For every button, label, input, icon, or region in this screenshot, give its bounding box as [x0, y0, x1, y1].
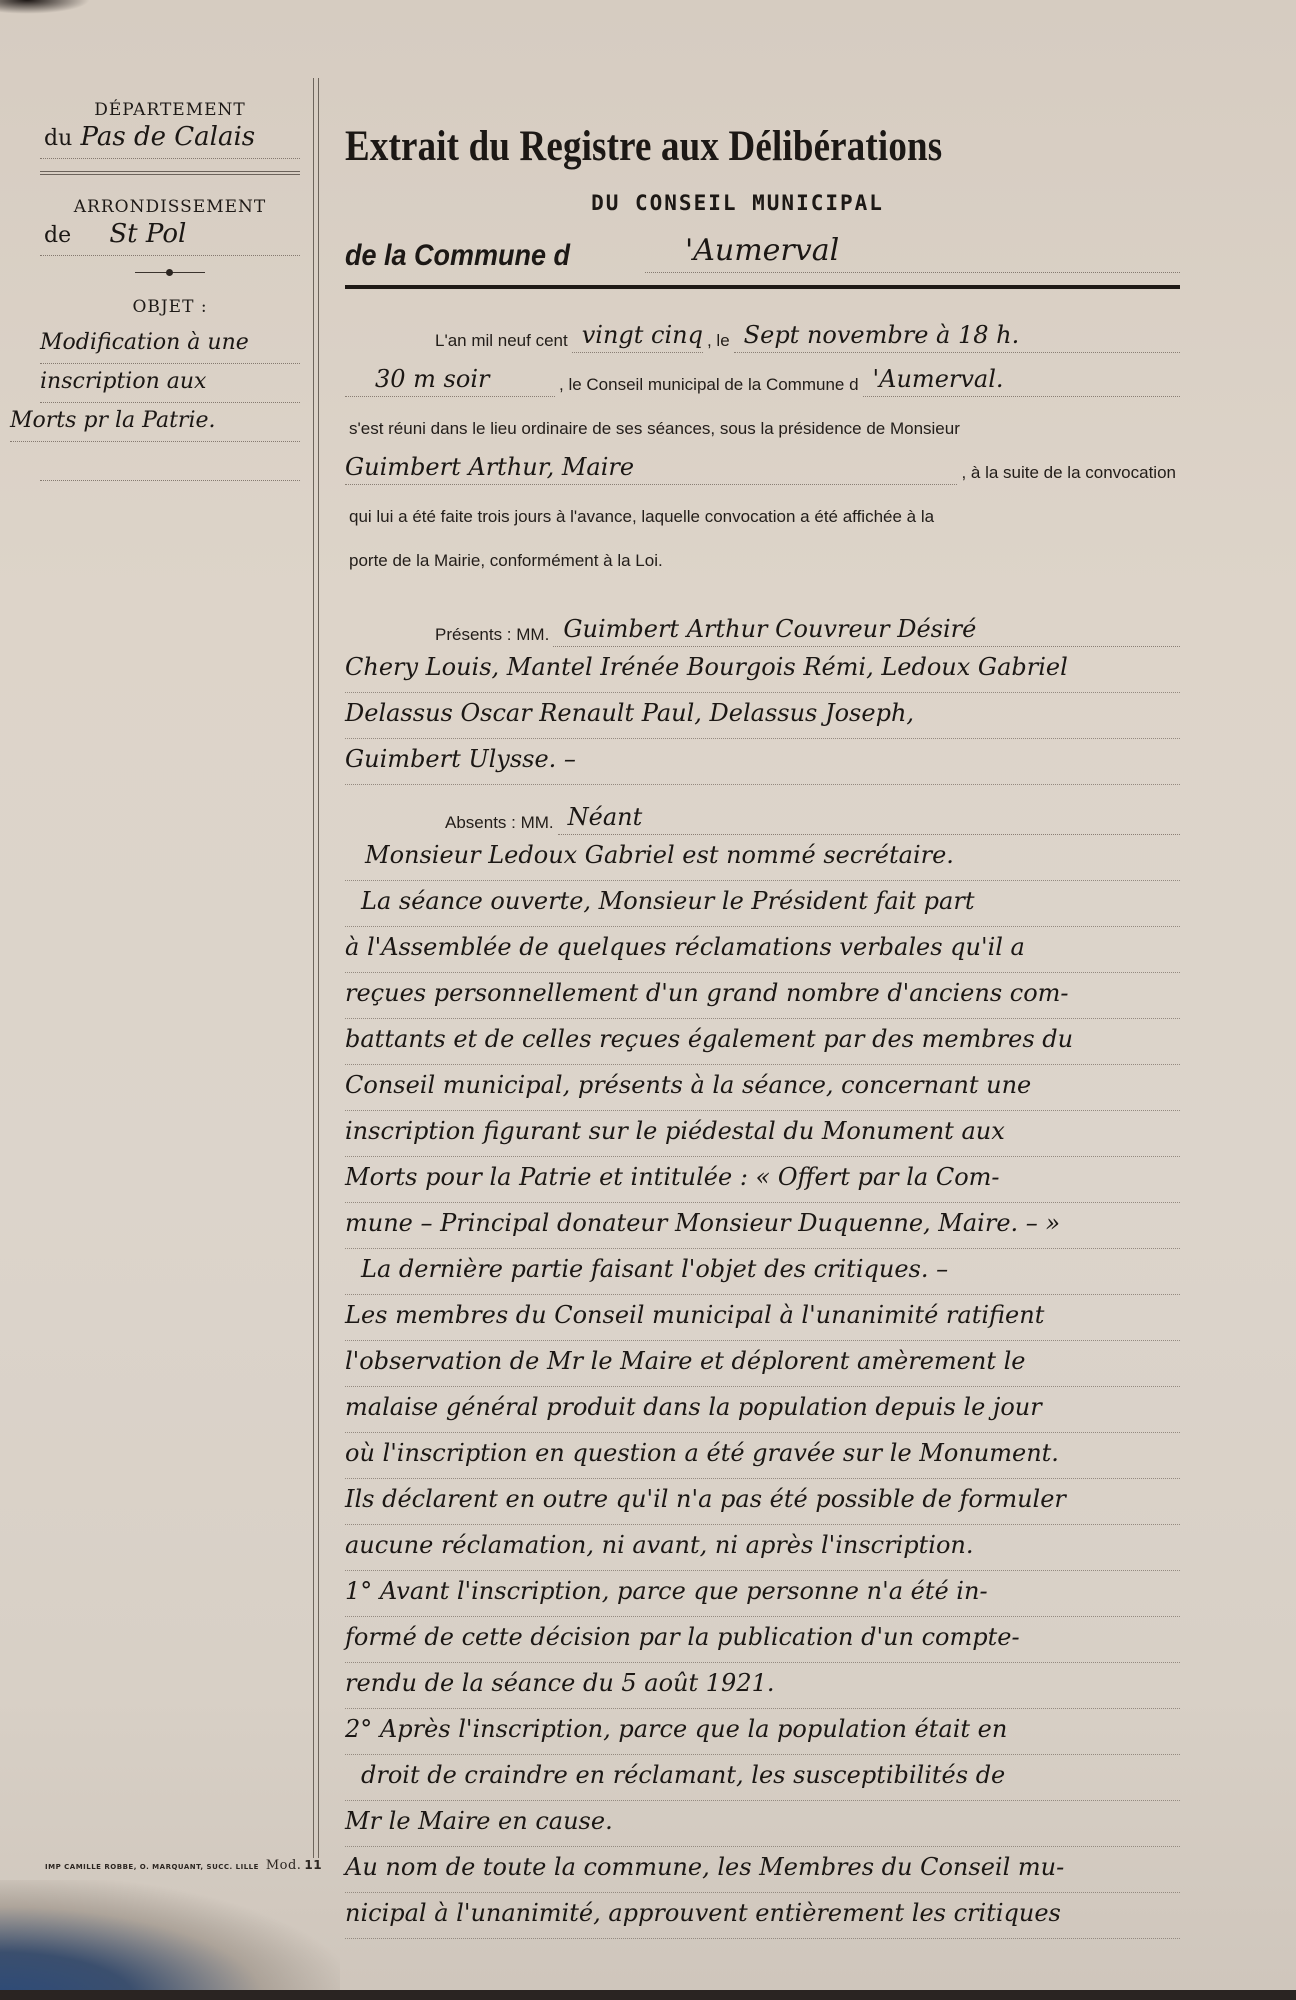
body-line: inscription figurant sur le piédestal du…	[345, 1111, 1180, 1157]
preamble-text: porte de la Mairie, conformément à la Lo…	[345, 551, 667, 573]
preamble-line-4: Guimbert Arthur, Maire , à la suite de l…	[345, 441, 1180, 485]
body-line: Les membres du Conseil municipal à l'una…	[345, 1295, 1180, 1341]
departement-field: du Pas de Calais	[40, 120, 300, 159]
document-subtitle: DU CONSEIL MUNICIPAL	[345, 191, 1180, 215]
year-prefix: L'an mil neuf cent	[345, 331, 572, 353]
preamble-text: qui lui a été faite trois jours à l'avan…	[345, 507, 938, 529]
margin-rule	[318, 78, 319, 1858]
body-line: rendu de la séance du 5 août 1921.	[345, 1663, 1180, 1709]
date-prefix: , le	[703, 331, 734, 353]
departement-label: DÉPARTEMENT	[40, 100, 300, 120]
preamble-commune-value: 'Aumerval.	[863, 366, 1180, 397]
body-line: Mr le Maire en cause.	[345, 1801, 1180, 1847]
arrondissement-value: St Pol	[109, 219, 186, 249]
objet-line: Morts pr la Patrie.	[10, 403, 300, 442]
body-line: Conseil municipal, présents à la séance,…	[345, 1065, 1180, 1111]
body-line: La dernière partie faisant l'objet des c…	[345, 1249, 1180, 1295]
arrondissement-label: ARRONDISSEMENT	[40, 197, 300, 217]
model-number: 11	[304, 1858, 322, 1872]
preamble-line-3: s'est réuni dans le lieu ordinaire de se…	[345, 397, 1180, 441]
document-title: Extrait du Registre aux Délibérations	[345, 122, 1063, 171]
body-line: Ils déclarent en outre qu'il n'a pas été…	[345, 1479, 1180, 1525]
body-line: 1° Avant l'inscription, parce que person…	[345, 1571, 1180, 1617]
deliberation-body: Monsieur Ledoux Gabriel est nommé secrét…	[345, 835, 1180, 1939]
year-value: vingt cinq	[572, 322, 703, 353]
preamble-line-6: porte de la Mairie, conformément à la Lo…	[345, 529, 1180, 573]
objet-label: OBJET :	[40, 297, 300, 317]
departement-prefix: du	[44, 126, 72, 151]
preamble-text: s'est réuni dans le lieu ordinaire de se…	[345, 419, 964, 441]
imprint-text: IMP CAMILLE ROBBE, O. MARQUANT, SUCC. LI…	[45, 1863, 259, 1871]
body-line: à l'Assemblée de quelques réclamations v…	[345, 927, 1180, 973]
preamble: L'an mil neuf cent vingt cinq , le Sept …	[345, 309, 1180, 573]
arrondissement-field: de St Pol	[40, 217, 300, 256]
date-value: Sept novembre à 18 h.	[734, 322, 1180, 353]
printer-imprint: IMP CAMILLE ROBBE, O. MARQUANT, SUCC. LI…	[45, 1858, 322, 1873]
document-sheet: DÉPARTEMENT du Pas de Calais ARRONDISSEM…	[0, 0, 1296, 1990]
body-line: Monsieur Ledoux Gabriel est nommé secrét…	[345, 835, 1180, 881]
commune-label: de la Commune d	[345, 239, 615, 273]
margin-rule	[313, 78, 314, 1858]
presents-row: Présents : MM. Guimbert Arthur Couvreur …	[345, 603, 1180, 647]
body-line: mune – Principal donateur Monsieur Duque…	[345, 1203, 1180, 1249]
commune-value: 'Aumerval	[645, 234, 1180, 273]
body-line: droit de craindre en réclamant, les susc…	[345, 1755, 1180, 1801]
body-line: malaise général produit dans la populati…	[345, 1387, 1180, 1433]
body-line: l'observation de Mr le Maire et déploren…	[345, 1341, 1180, 1387]
body-line: Au nom de toute la commune, les Membres …	[345, 1847, 1180, 1893]
departement-value: Pas de Calais	[81, 122, 256, 152]
president-value: Guimbert Arthur, Maire	[345, 454, 957, 485]
objet-field: Modification à une inscription aux Morts…	[40, 325, 300, 481]
main-content: Extrait du Registre aux Délibérations DU…	[345, 110, 1180, 1939]
body-line: battants et de celles reçues également p…	[345, 1019, 1180, 1065]
ornament-divider	[135, 272, 205, 273]
objet-line: inscription aux	[40, 364, 300, 403]
objet-line-empty	[40, 442, 300, 481]
body-line: Morts pour la Patrie et intitulée : « Of…	[345, 1157, 1180, 1203]
margin-column: DÉPARTEMENT du Pas de Calais ARRONDISSEM…	[40, 100, 300, 481]
body-line: nicipal à l'unanimité, approuvent entièr…	[345, 1893, 1180, 1939]
arrondissement-prefix: de	[44, 223, 71, 248]
absents-row: Absents : MM. Néant	[345, 791, 1180, 835]
corner-shadow	[0, 0, 90, 14]
president-suffix: , à la suite de la convocation	[957, 463, 1180, 485]
presents-value: Guimbert Arthur Couvreur Désiré	[553, 616, 1180, 647]
objet-line: Modification à une	[40, 325, 300, 364]
presents-line: Delassus Oscar Renault Paul, Delassus Jo…	[345, 693, 1180, 739]
absents-label: Absents : MM.	[345, 813, 558, 835]
council-text: , le Conseil municipal de la Commune d	[555, 375, 863, 397]
time-value: 30 m soir	[345, 366, 555, 397]
model-label: Mod.	[266, 1858, 302, 1873]
preamble-line-5: qui lui a été faite trois jours à l'avan…	[345, 485, 1180, 529]
body-line: 2° Après l'inscription, parce que la pop…	[345, 1709, 1180, 1755]
presents-line: Guimbert Ulysse. –	[345, 739, 1180, 785]
header-rule	[345, 285, 1180, 289]
body-line: La séance ouverte, Monsieur le Président…	[345, 881, 1180, 927]
body-line: où l'inscription en question a été gravé…	[345, 1433, 1180, 1479]
fold-shadow	[0, 1880, 340, 1990]
margin-divider	[40, 171, 300, 175]
preamble-line-2: 30 m soir , le Conseil municipal de la C…	[345, 353, 1180, 397]
preamble-line-1: L'an mil neuf cent vingt cinq , le Sept …	[345, 309, 1180, 353]
body-line: formé de cette décision par la publicati…	[345, 1617, 1180, 1663]
body-line: reçues personnellement d'un grand nombre…	[345, 973, 1180, 1019]
absents-value: Néant	[558, 804, 1180, 835]
body-line: aucune réclamation, ni avant, ni après l…	[345, 1525, 1180, 1571]
presents-label: Présents : MM.	[345, 625, 553, 647]
presents-line: Chery Louis, Mantel Irénée Bourgois Rémi…	[345, 647, 1180, 693]
commune-row: de la Commune d 'Aumerval	[345, 229, 1180, 273]
attendance: Présents : MM. Guimbert Arthur Couvreur …	[345, 603, 1180, 835]
